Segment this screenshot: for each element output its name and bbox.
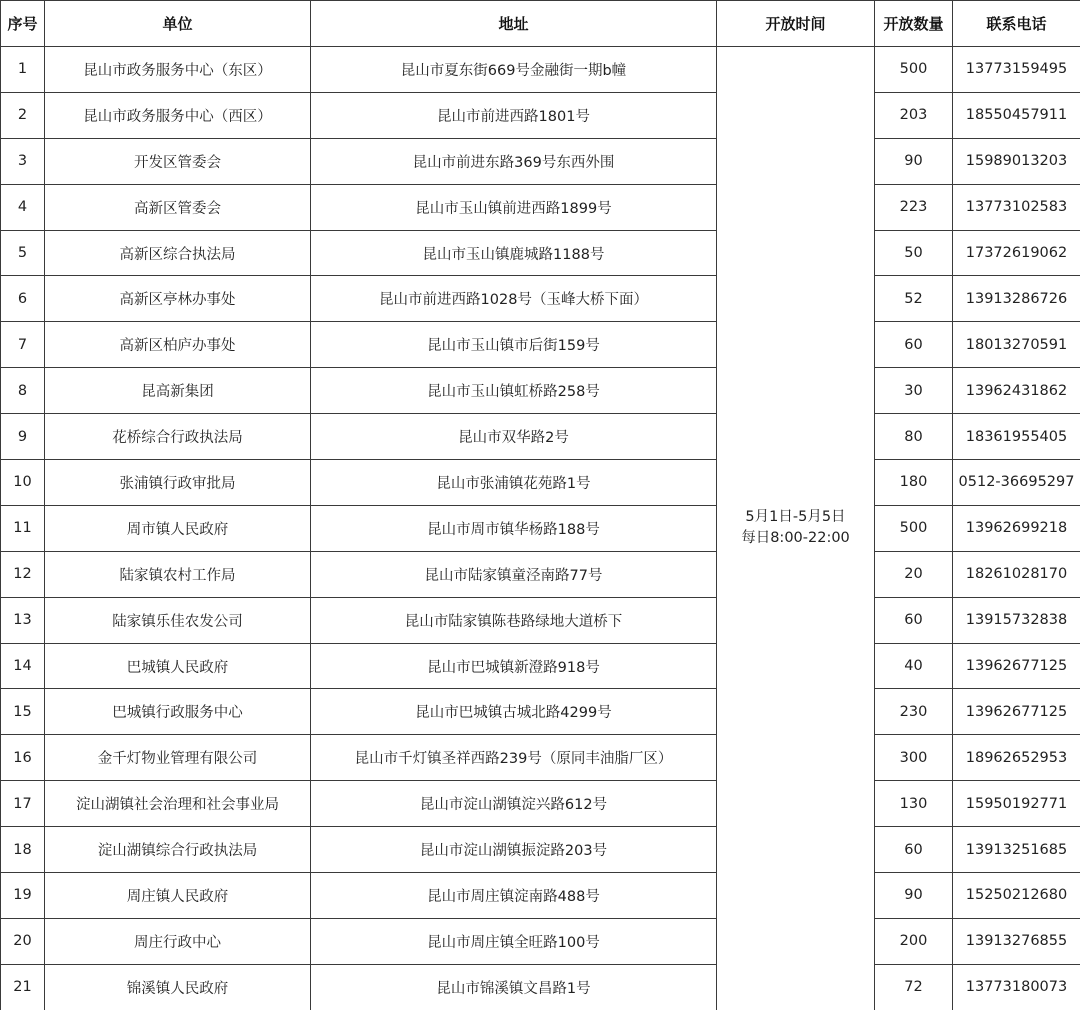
table-row: 20周庄行政中心昆山市周庄镇全旺路100号20013913276855 [1,918,1080,964]
header-address: 地址 [311,1,717,47]
header-open-time: 开放时间 [717,1,875,47]
cell-address: 昆山市玉山镇市后街159号 [311,322,717,368]
cell-address: 昆山市前进西路1028号（玉峰大桥下面） [311,276,717,322]
cell-open-count: 60 [875,827,953,873]
cell-index: 15 [1,689,45,735]
cell-index: 7 [1,322,45,368]
cell-index: 1 [1,47,45,93]
cell-unit: 昆山市政务服务中心（西区） [45,92,311,138]
cell-address: 昆山市锦溪镇文昌路1号 [311,964,717,1010]
cell-unit: 淀山湖镇社会治理和社会事业局 [45,781,311,827]
cell-phone: 13962677125 [953,689,1080,735]
cell-unit: 花桥综合行政执法局 [45,414,311,460]
cell-phone: 18261028170 [953,551,1080,597]
cell-index: 16 [1,735,45,781]
cell-open-count: 30 [875,368,953,414]
cell-phone: 15250212680 [953,873,1080,919]
cell-unit: 周市镇人民政府 [45,505,311,551]
table-row: 12陆家镇农村工作局昆山市陆家镇童泾南路77号2018261028170 [1,551,1080,597]
cell-open-count: 40 [875,643,953,689]
cell-index: 6 [1,276,45,322]
cell-unit: 昆高新集团 [45,368,311,414]
table-row: 10张浦镇行政审批局昆山市张浦镇花苑路1号1800512-36695297 [1,460,1080,506]
cell-unit: 巴城镇人民政府 [45,643,311,689]
cell-index: 5 [1,230,45,276]
cell-address: 昆山市前进西路1801号 [311,92,717,138]
cell-unit: 周庄行政中心 [45,918,311,964]
cell-unit: 陆家镇乐佳农发公司 [45,597,311,643]
cell-index: 13 [1,597,45,643]
table-row: 14巴城镇人民政府昆山市巴城镇新澄路918号4013962677125 [1,643,1080,689]
cell-open-count: 60 [875,322,953,368]
cell-unit: 高新区亭林办事处 [45,276,311,322]
cell-index: 18 [1,827,45,873]
cell-open-count: 230 [875,689,953,735]
cell-open-count: 180 [875,460,953,506]
table-row: 17淀山湖镇社会治理和社会事业局昆山市淀山湖镇淀兴路612号1301595019… [1,781,1080,827]
cell-open-count: 500 [875,47,953,93]
cell-phone: 13773102583 [953,184,1080,230]
table-row: 21锦溪镇人民政府昆山市锦溪镇文昌路1号7213773180073 [1,964,1080,1010]
cell-unit: 锦溪镇人民政府 [45,964,311,1010]
cell-unit: 张浦镇行政审批局 [45,460,311,506]
cell-address: 昆山市周庄镇全旺路100号 [311,918,717,964]
table-row: 11周市镇人民政府昆山市周市镇华杨路188号50013962699218 [1,505,1080,551]
cell-phone: 13915732838 [953,597,1080,643]
cell-open-count: 60 [875,597,953,643]
cell-open-time: 5月1日-5月5日每日8:00-22:00 [717,47,875,1010]
cell-address: 昆山市夏东街669号金融街一期b幢 [311,47,717,93]
cell-address: 昆山市周庄镇淀南路488号 [311,873,717,919]
cell-index: 19 [1,873,45,919]
cell-index: 4 [1,184,45,230]
cell-unit: 高新区管委会 [45,184,311,230]
header-open-count: 开放数量 [875,1,953,47]
cell-open-count: 200 [875,918,953,964]
cell-address: 昆山市周市镇华杨路188号 [311,505,717,551]
cell-address: 昆山市陆家镇陈巷路绿地大道桥下 [311,597,717,643]
cell-index: 3 [1,138,45,184]
cell-open-count: 300 [875,735,953,781]
cell-address: 昆山市巴城镇新澄路918号 [311,643,717,689]
cell-open-count: 90 [875,873,953,919]
cell-phone: 18361955405 [953,414,1080,460]
cell-open-count: 500 [875,505,953,551]
cell-address: 昆山市玉山镇前进西路1899号 [311,184,717,230]
cell-address: 昆山市张浦镇花苑路1号 [311,460,717,506]
header-row: 序号 单位 地址 开放时间 开放数量 联系电话 [1,1,1080,47]
cell-address: 昆山市淀山湖镇淀兴路612号 [311,781,717,827]
cell-index: 17 [1,781,45,827]
cell-phone: 18962652953 [953,735,1080,781]
cell-index: 10 [1,460,45,506]
table-row: 4高新区管委会昆山市玉山镇前进西路1899号22313773102583 [1,184,1080,230]
cell-address: 昆山市前进东路369号东西外围 [311,138,717,184]
cell-index: 2 [1,92,45,138]
cell-address: 昆山市陆家镇童泾南路77号 [311,551,717,597]
cell-unit: 金千灯物业管理有限公司 [45,735,311,781]
cell-phone: 15989013203 [953,138,1080,184]
cell-address: 昆山市玉山镇鹿城路1188号 [311,230,717,276]
cell-unit: 高新区柏庐办事处 [45,322,311,368]
cell-open-count: 90 [875,138,953,184]
table-row: 8昆高新集团昆山市玉山镇虹桥路258号3013962431862 [1,368,1080,414]
header-unit: 单位 [45,1,311,47]
cell-open-count: 72 [875,964,953,1010]
table-row: 3开发区管委会昆山市前进东路369号东西外围9015989013203 [1,138,1080,184]
cell-open-count: 20 [875,551,953,597]
cell-phone: 13962677125 [953,643,1080,689]
cell-unit: 淀山湖镇综合行政执法局 [45,827,311,873]
cell-phone: 13913276855 [953,918,1080,964]
table-row: 16金千灯物业管理有限公司昆山市千灯镇圣祥西路239号（原同丰油脂厂区）3001… [1,735,1080,781]
table-row: 2昆山市政务服务中心（西区）昆山市前进西路1801号20318550457911 [1,92,1080,138]
cell-address: 昆山市千灯镇圣祥西路239号（原同丰油脂厂区） [311,735,717,781]
cell-address: 昆山市双华路2号 [311,414,717,460]
cell-unit: 开发区管委会 [45,138,311,184]
header-index: 序号 [1,1,45,47]
open-time-hours: 每日8:00-22:00 [717,528,874,549]
cell-phone: 13773180073 [953,964,1080,1010]
table-row: 19周庄镇人民政府昆山市周庄镇淀南路488号9015250212680 [1,873,1080,919]
locations-table: 序号 单位 地址 开放时间 开放数量 联系电话 1昆山市政务服务中心（东区）昆山… [0,0,1080,1010]
cell-unit: 巴城镇行政服务中心 [45,689,311,735]
cell-phone: 18550457911 [953,92,1080,138]
cell-phone: 15950192771 [953,781,1080,827]
table-row: 15巴城镇行政服务中心昆山市巴城镇古城北路4299号23013962677125 [1,689,1080,735]
cell-index: 21 [1,964,45,1010]
table-row: 6高新区亭林办事处昆山市前进西路1028号（玉峰大桥下面）52139132867… [1,276,1080,322]
cell-phone: 13773159495 [953,47,1080,93]
cell-open-count: 223 [875,184,953,230]
cell-open-count: 203 [875,92,953,138]
cell-index: 12 [1,551,45,597]
cell-phone: 0512-36695297 [953,460,1080,506]
cell-unit: 高新区综合执法局 [45,230,311,276]
cell-index: 11 [1,505,45,551]
cell-phone: 13913251685 [953,827,1080,873]
cell-unit: 陆家镇农村工作局 [45,551,311,597]
cell-unit: 昆山市政务服务中心（东区） [45,47,311,93]
cell-index: 9 [1,414,45,460]
cell-open-count: 130 [875,781,953,827]
cell-address: 昆山市巴城镇古城北路4299号 [311,689,717,735]
cell-open-count: 50 [875,230,953,276]
cell-index: 8 [1,368,45,414]
cell-unit: 周庄镇人民政府 [45,873,311,919]
table-row: 1昆山市政务服务中心（东区）昆山市夏东街669号金融街一期b幢5月1日-5月5日… [1,47,1080,93]
table-row: 7高新区柏庐办事处昆山市玉山镇市后街159号6018013270591 [1,322,1080,368]
cell-phone: 17372619062 [953,230,1080,276]
cell-index: 20 [1,918,45,964]
cell-open-count: 80 [875,414,953,460]
cell-index: 14 [1,643,45,689]
cell-address: 昆山市淀山湖镇振淀路203号 [311,827,717,873]
cell-phone: 13962431862 [953,368,1080,414]
cell-open-count: 52 [875,276,953,322]
table-row: 18淀山湖镇综合行政执法局昆山市淀山湖镇振淀路203号6013913251685 [1,827,1080,873]
table-row: 13陆家镇乐佳农发公司昆山市陆家镇陈巷路绿地大道桥下6013915732838 [1,597,1080,643]
cell-phone: 18013270591 [953,322,1080,368]
header-phone: 联系电话 [953,1,1080,47]
cell-phone: 13962699218 [953,505,1080,551]
open-time-dates: 5月1日-5月5日 [717,507,874,528]
cell-address: 昆山市玉山镇虹桥路258号 [311,368,717,414]
table-row: 9花桥综合行政执法局昆山市双华路2号8018361955405 [1,414,1080,460]
cell-phone: 13913286726 [953,276,1080,322]
table-row: 5高新区综合执法局昆山市玉山镇鹿城路1188号5017372619062 [1,230,1080,276]
